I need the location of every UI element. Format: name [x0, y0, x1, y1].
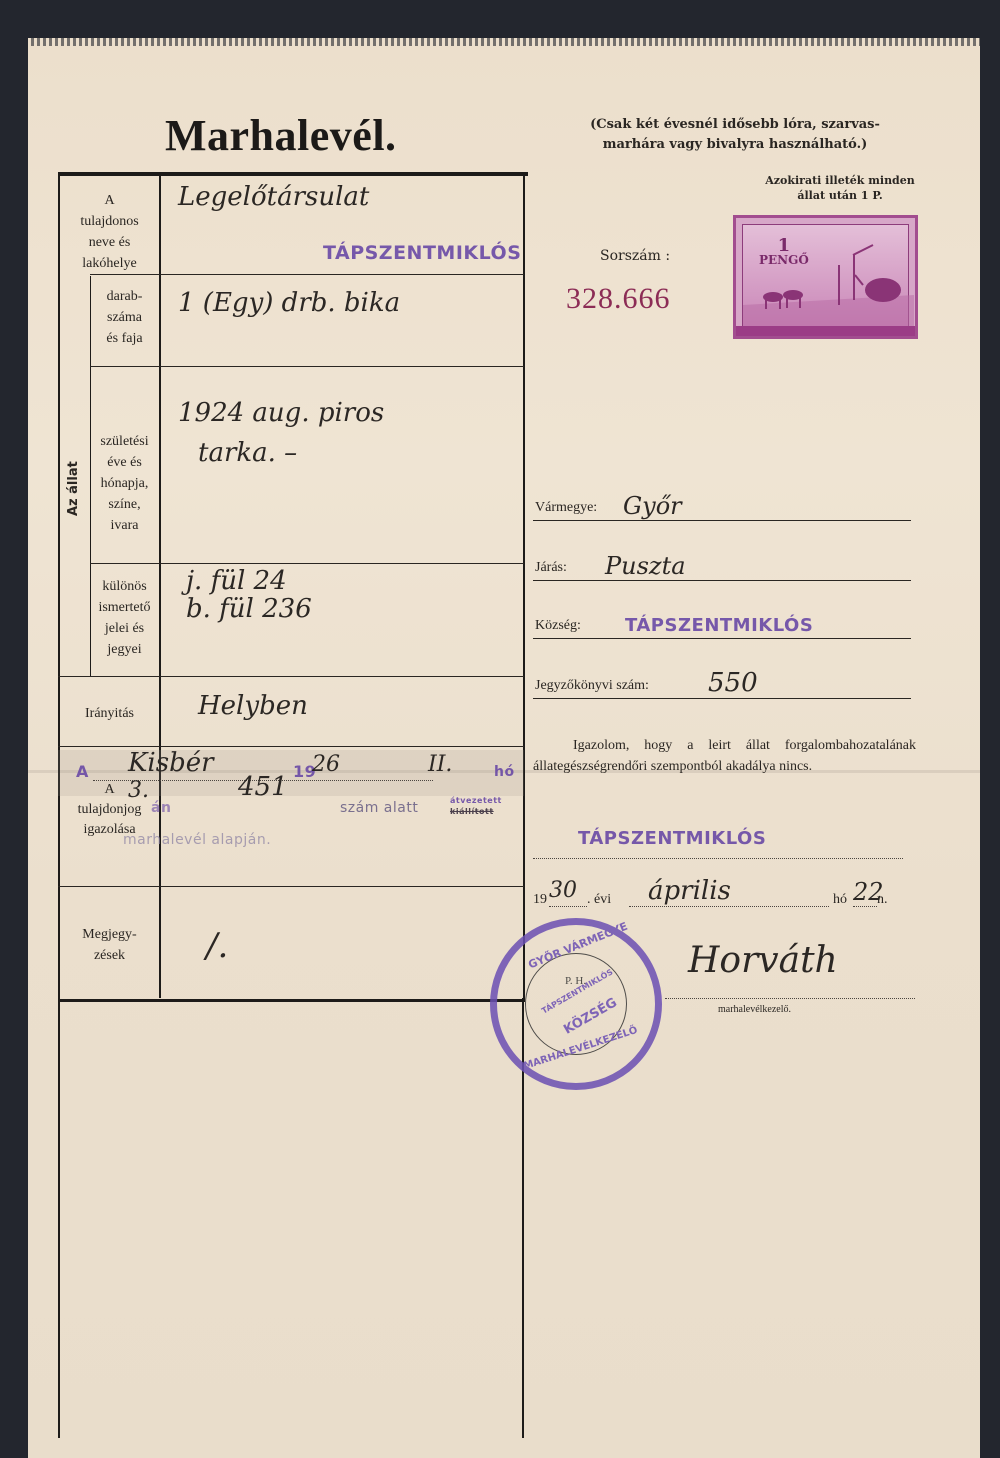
remarks-handwritten: /.	[206, 926, 228, 966]
ownership-stamp-line3: marhalevél alapján.	[123, 832, 271, 848]
ownership-number-handwritten: 451	[238, 772, 288, 802]
ownership-stamp-prefix: A	[76, 762, 89, 781]
usage-note: (Csak két évesnél idősebb lóra, szarvas-…	[560, 115, 910, 155]
village-value-stamp: TÁPSZENTMIKLÓS	[625, 615, 813, 636]
certification-text: Igazolom, hogy a leirt állat forgalombah…	[533, 735, 916, 777]
official-seal: GYŐR VÁRMEGYE TÁPSZENTMIKLÓS KÖZSÉG MARH…	[490, 918, 662, 1090]
district-value: Puszta	[605, 552, 686, 580]
row-divider	[58, 676, 524, 677]
lower-left-rule	[58, 998, 60, 1438]
direction-label: Irányitás	[60, 703, 159, 724]
dotted-line	[629, 906, 829, 907]
county-field: Vármegye: Győr	[533, 490, 911, 521]
owner-name-handwritten: Legelőtársulat	[178, 182, 369, 212]
table-label-divider	[159, 176, 161, 998]
ownership-day-handwritten: 3.	[128, 778, 149, 803]
serial-number: 328.666	[566, 282, 671, 316]
date-month-handwritten: április	[648, 876, 731, 906]
record-number-value: 550	[708, 668, 758, 698]
animal-group-label: Az állat	[66, 461, 81, 516]
count-species-label: darab- száma és faja	[90, 286, 159, 349]
serial-label: Sorszám :	[600, 248, 670, 264]
row-divider	[90, 563, 524, 564]
row-divider	[58, 886, 524, 887]
ownership-number-suffix: szám alatt	[340, 800, 418, 816]
ownership-place-handwritten: Kisbér	[128, 748, 214, 778]
table-right-border	[523, 176, 525, 1002]
distinguishing-marks-label: különös ismertető jelei és jegyei	[90, 576, 159, 660]
signature: Horváth	[688, 940, 838, 981]
stamp-bottom-bar	[736, 326, 915, 336]
remarks-label: Megjegy- zések	[60, 924, 159, 966]
ownership-year-handwritten: 26	[312, 752, 340, 777]
revenue-stamp: 1 PENGŐ	[733, 215, 918, 339]
fee-note: Azokirati illeték minden állat után 1 P.	[760, 173, 920, 203]
birth-color-handwritten-1: 1924 aug. piros	[178, 398, 384, 428]
row-divider	[90, 366, 524, 367]
document-title: Marhalevél.	[165, 110, 397, 161]
table-left-border	[58, 176, 60, 1002]
date-year-handwritten: 30	[549, 878, 577, 903]
marks-handwritten-1: j. fül 24	[186, 566, 287, 596]
direction-handwritten: Helyben	[198, 691, 308, 721]
owner-label: A tulajdonos neve és lakóhelye	[60, 190, 159, 274]
ownership-day-suffix: án	[151, 800, 171, 816]
seal-center-text: P. H.	[565, 975, 586, 987]
record-number-field: Jegyzőkönyvi szám: 550	[533, 668, 911, 699]
village-field: Község: TÁPSZENTMIKLÓS	[533, 608, 911, 639]
dotted-line	[853, 906, 877, 907]
ownership-option-struck: kiállított	[450, 807, 494, 816]
ownership-option-kept: átvezetett	[450, 796, 502, 805]
place-dotted-line	[533, 858, 903, 859]
signatory-role: marhalevélkezelő.	[718, 1004, 791, 1015]
birth-color-sex-label: születési éve és hónapja, színe, ivara	[90, 431, 159, 536]
ownership-month-handwritten: II.	[428, 752, 452, 777]
ownership-month-suffix: hó	[494, 764, 515, 780]
count-species-handwritten: 1 (Egy) drb. bika	[178, 288, 400, 318]
place-stamp: TÁPSZENTMIKLÓS	[578, 828, 766, 849]
issue-date: 19 30 . évi április hó 22 n.	[533, 888, 913, 914]
owner-location-stamp: TÁPSZENTMIKLÓS	[323, 242, 521, 264]
stamp-denomination: 1 PENGŐ	[759, 239, 809, 267]
revenue-stamp-image-horses-cattle-well: 1 PENGŐ	[742, 224, 909, 330]
district-field: Járás: Puszta	[533, 550, 911, 581]
table-bottom-border	[58, 999, 524, 1002]
dotted-line	[549, 906, 587, 907]
signature-line	[665, 998, 915, 999]
county-value: Győr	[623, 492, 682, 520]
row-divider	[90, 274, 524, 275]
marks-handwritten-2: b. fül 236	[186, 594, 312, 624]
row-divider	[58, 746, 524, 747]
animal-details-table: A tulajdonos neve és lakóhelye Legelőtár…	[58, 172, 528, 1002]
birth-color-handwritten-2: tarka. –	[198, 438, 297, 468]
